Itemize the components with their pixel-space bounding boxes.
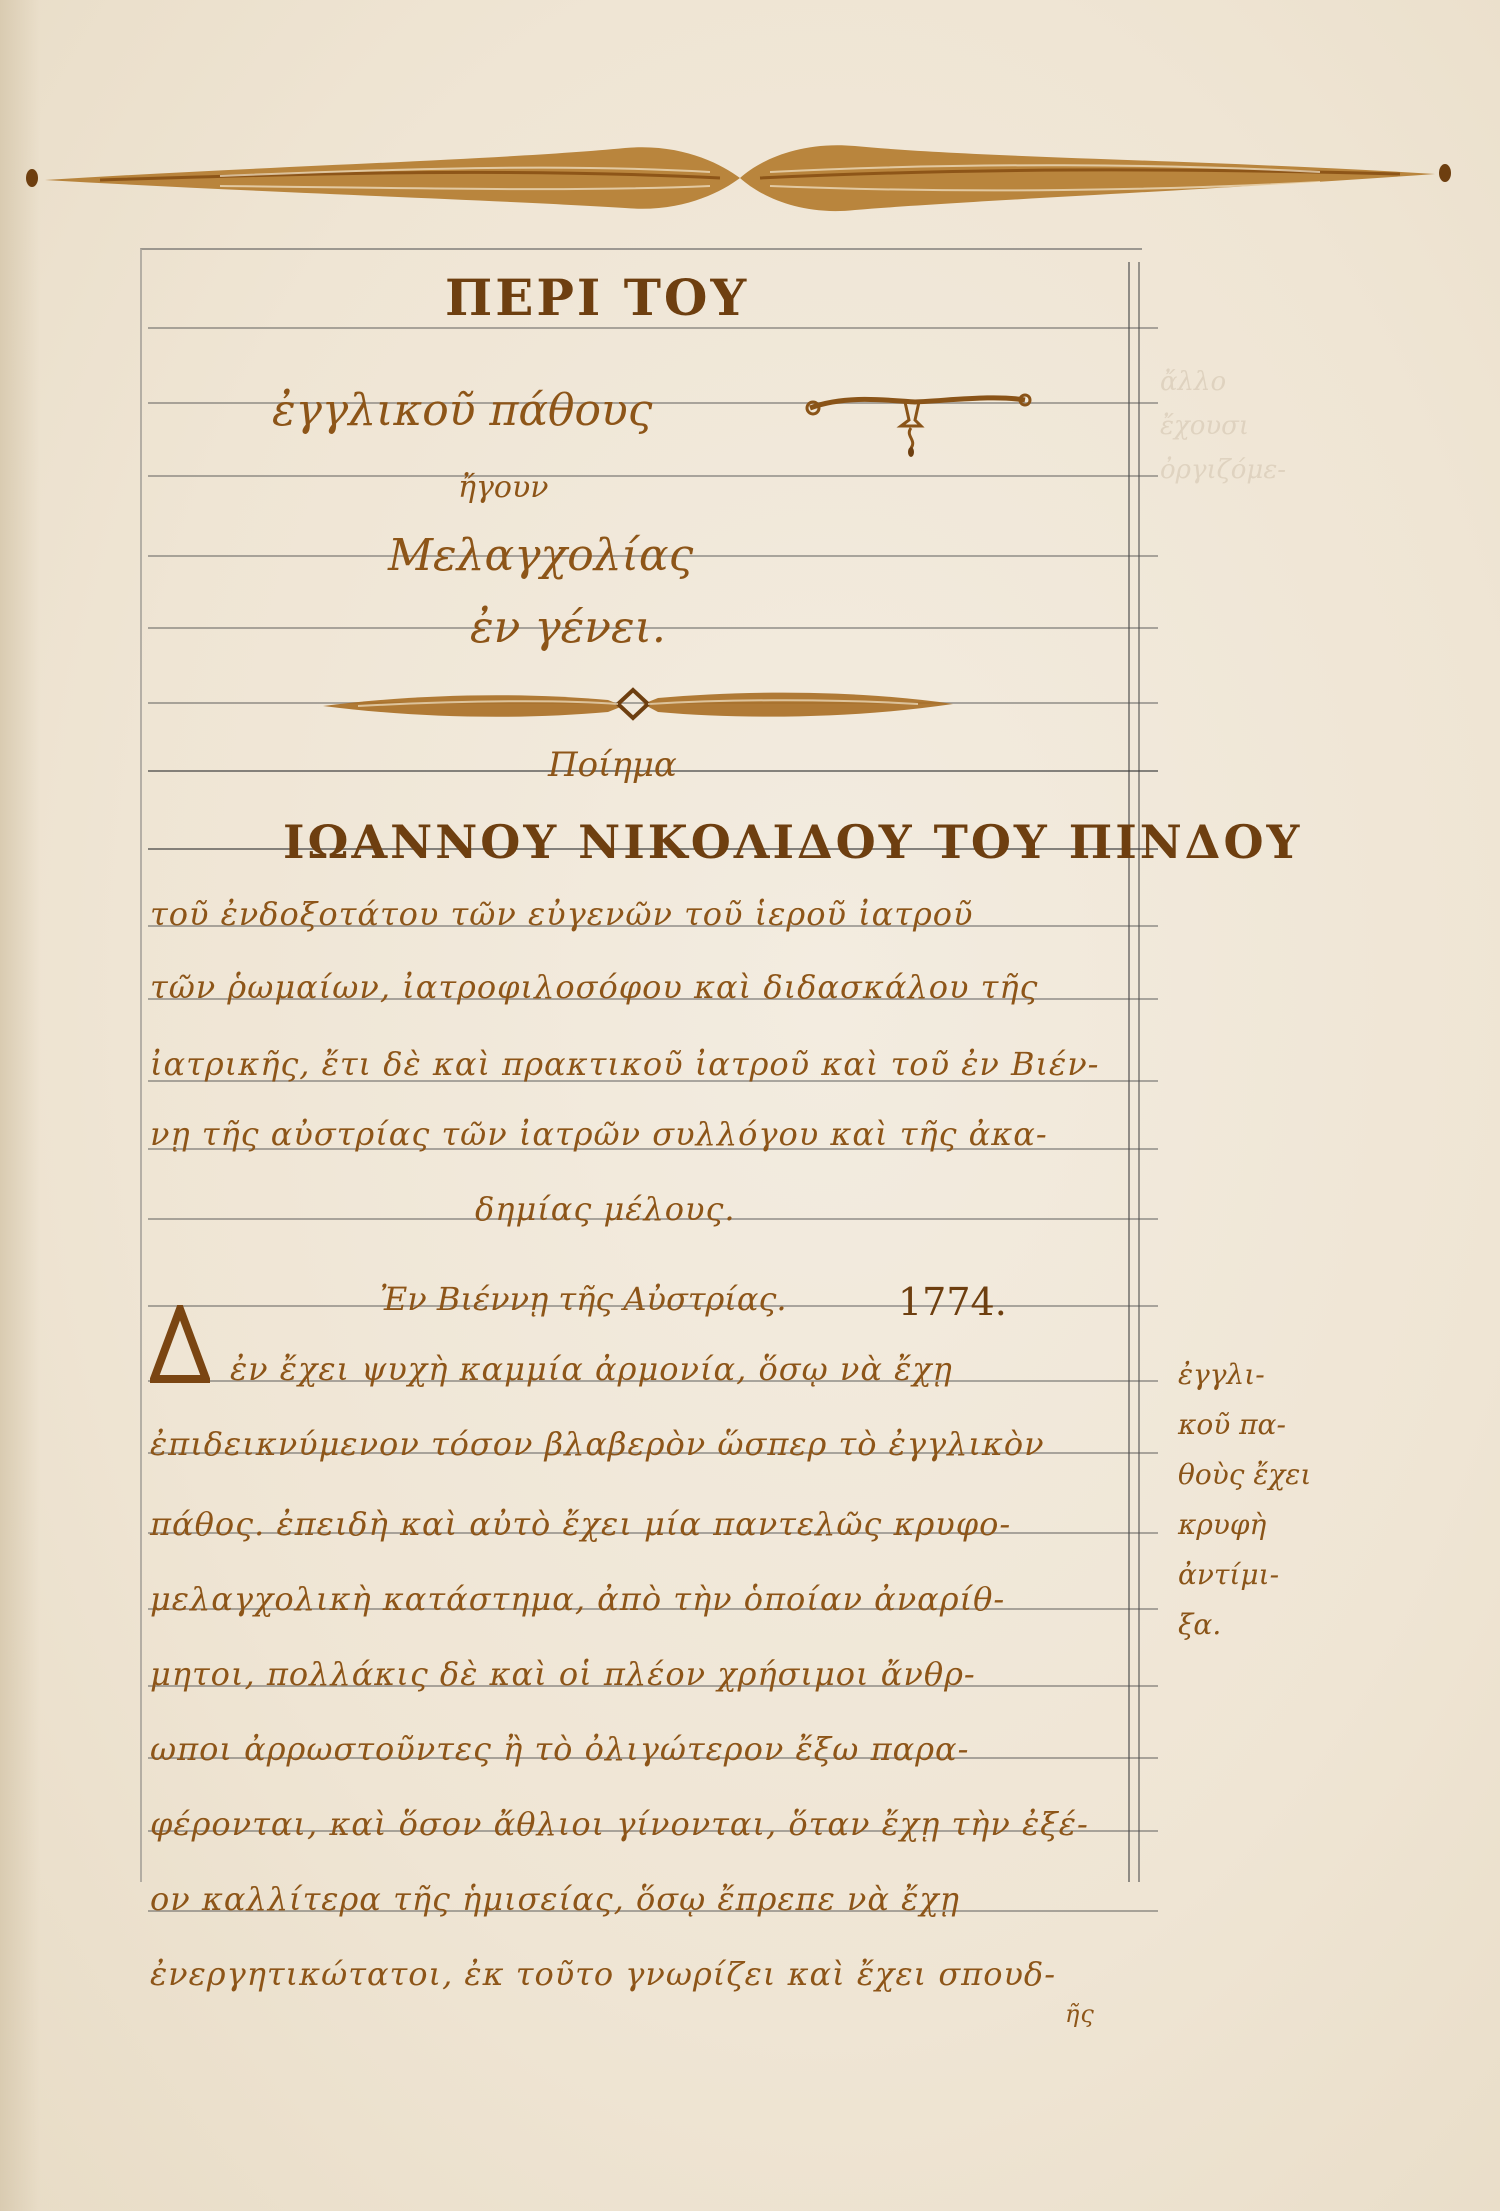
poiema-label: Ποίημα: [548, 745, 677, 785]
top-ornament: [20, 138, 1480, 218]
dedication-line: τῶν ῥωμαίων, ἰατροφιλοσόφου καὶ διδασκάλ…: [150, 968, 1038, 1006]
dedication-line: δημίας μέλους.: [475, 1190, 736, 1228]
bleed-through-text: ἄλλο ἔχουσι ὀργιζόμε-: [1160, 360, 1286, 492]
ruling-line: [148, 475, 1158, 477]
body-line: ἐπιδεικνύμενον τόσον βλαβερὸν ὥσπερ τὸ ἐ…: [150, 1425, 1045, 1463]
title-heading: ΠΕΡΙ ΤΟΥ: [445, 268, 749, 327]
title-flourish: [805, 390, 1035, 460]
title-line-4: Μελαγχολίας: [388, 530, 693, 581]
dedication-line: ἰατρικῆς, ἔτι δὲ καὶ πρακτικοῦ ἰατροῦ κα…: [150, 1045, 1099, 1083]
place-line: Ἐν Βιέννῃ τῆς Αὐστρίας.: [380, 1280, 787, 1318]
title-line-2: ἐγγλικοῦ πάθους: [272, 385, 652, 436]
body-line: μελαγχολικὴ κατάστημα, ἀπὸ τὴν ὁποίαν ἀν…: [150, 1580, 1005, 1618]
author-name: ΙΩΑΝΝΟΥ ΝΙΚΟΛΙΔΟΥ ΤΟΥ ΠΙΝΔΟΥ: [283, 815, 1302, 869]
margin-note-line: ἀντίμι-: [1178, 1550, 1318, 1600]
margin-note-line: θοὺς ἔχει: [1178, 1450, 1318, 1500]
title-line-5: ἐν γένει.: [470, 602, 666, 653]
body-line: μητοι, πολλάκις δὲ καὶ οἱ πλέον χρήσιμοι…: [150, 1655, 976, 1693]
drop-cap-delta: [150, 1305, 210, 1389]
body-catchword: ῆς: [1065, 2000, 1095, 2028]
body-line: ἐνεργητικώτατοι, ἐκ τοῦτο γνωρίζει καὶ ἔ…: [150, 1955, 1056, 1993]
dedication-line: τοῦ ἐνδοξοτάτου τῶν εὐγενῶν τοῦ ἱεροῦ ἰα…: [150, 895, 973, 933]
body-line: ἐν ἔχει ψυχὴ καμμία ἀρμονία, ὅσῳ νὰ ἔχῃ: [230, 1350, 953, 1388]
body-line: ωποι ἀρρωστοῦντες ἢ τὸ ὀλιγώτερον ἔξω πα…: [150, 1730, 969, 1768]
margin-note-line: ξα.: [1178, 1600, 1318, 1650]
dedication-line: νῃ τῆς αὐστρίας τῶν ἰατρῶν συλλόγου καὶ …: [150, 1115, 1048, 1153]
body-line: φέρονται, καὶ ὅσον ἄθλιοι γίνονται, ὅταν…: [150, 1805, 1089, 1843]
margin-note-line: κρυφὴ: [1178, 1500, 1318, 1550]
middle-ornament: [318, 680, 958, 730]
margin-note: ἐγγλι- κοῦ πα- θοὺς ἔχει κρυφὴ ἀντίμι- ξ…: [1178, 1350, 1318, 1650]
body-line: ον καλλίτερα τῆς ἡμισείας, ὅσῳ ἔπρεπε νὰ…: [150, 1880, 960, 1918]
margin-note-line: ἐγγλι-: [1178, 1350, 1318, 1400]
pencil-frame-right-double-rule: [1128, 262, 1140, 1882]
manuscript-page: ἄλλο ἔχουσι ὀργιζόμε- ΠΕΡΙ ΤΟΥ ἐγγλικοῦ …: [0, 0, 1500, 2211]
body-line: πάθος. ἐπειδὴ καὶ αὐτὸ ἔχει μία παντελῶς…: [150, 1505, 1011, 1543]
ruling-line: [148, 327, 1158, 329]
title-line-3: ἤγουν: [458, 470, 548, 505]
margin-note-line: κοῦ πα-: [1178, 1400, 1318, 1450]
year: 1774.: [898, 1280, 1007, 1324]
